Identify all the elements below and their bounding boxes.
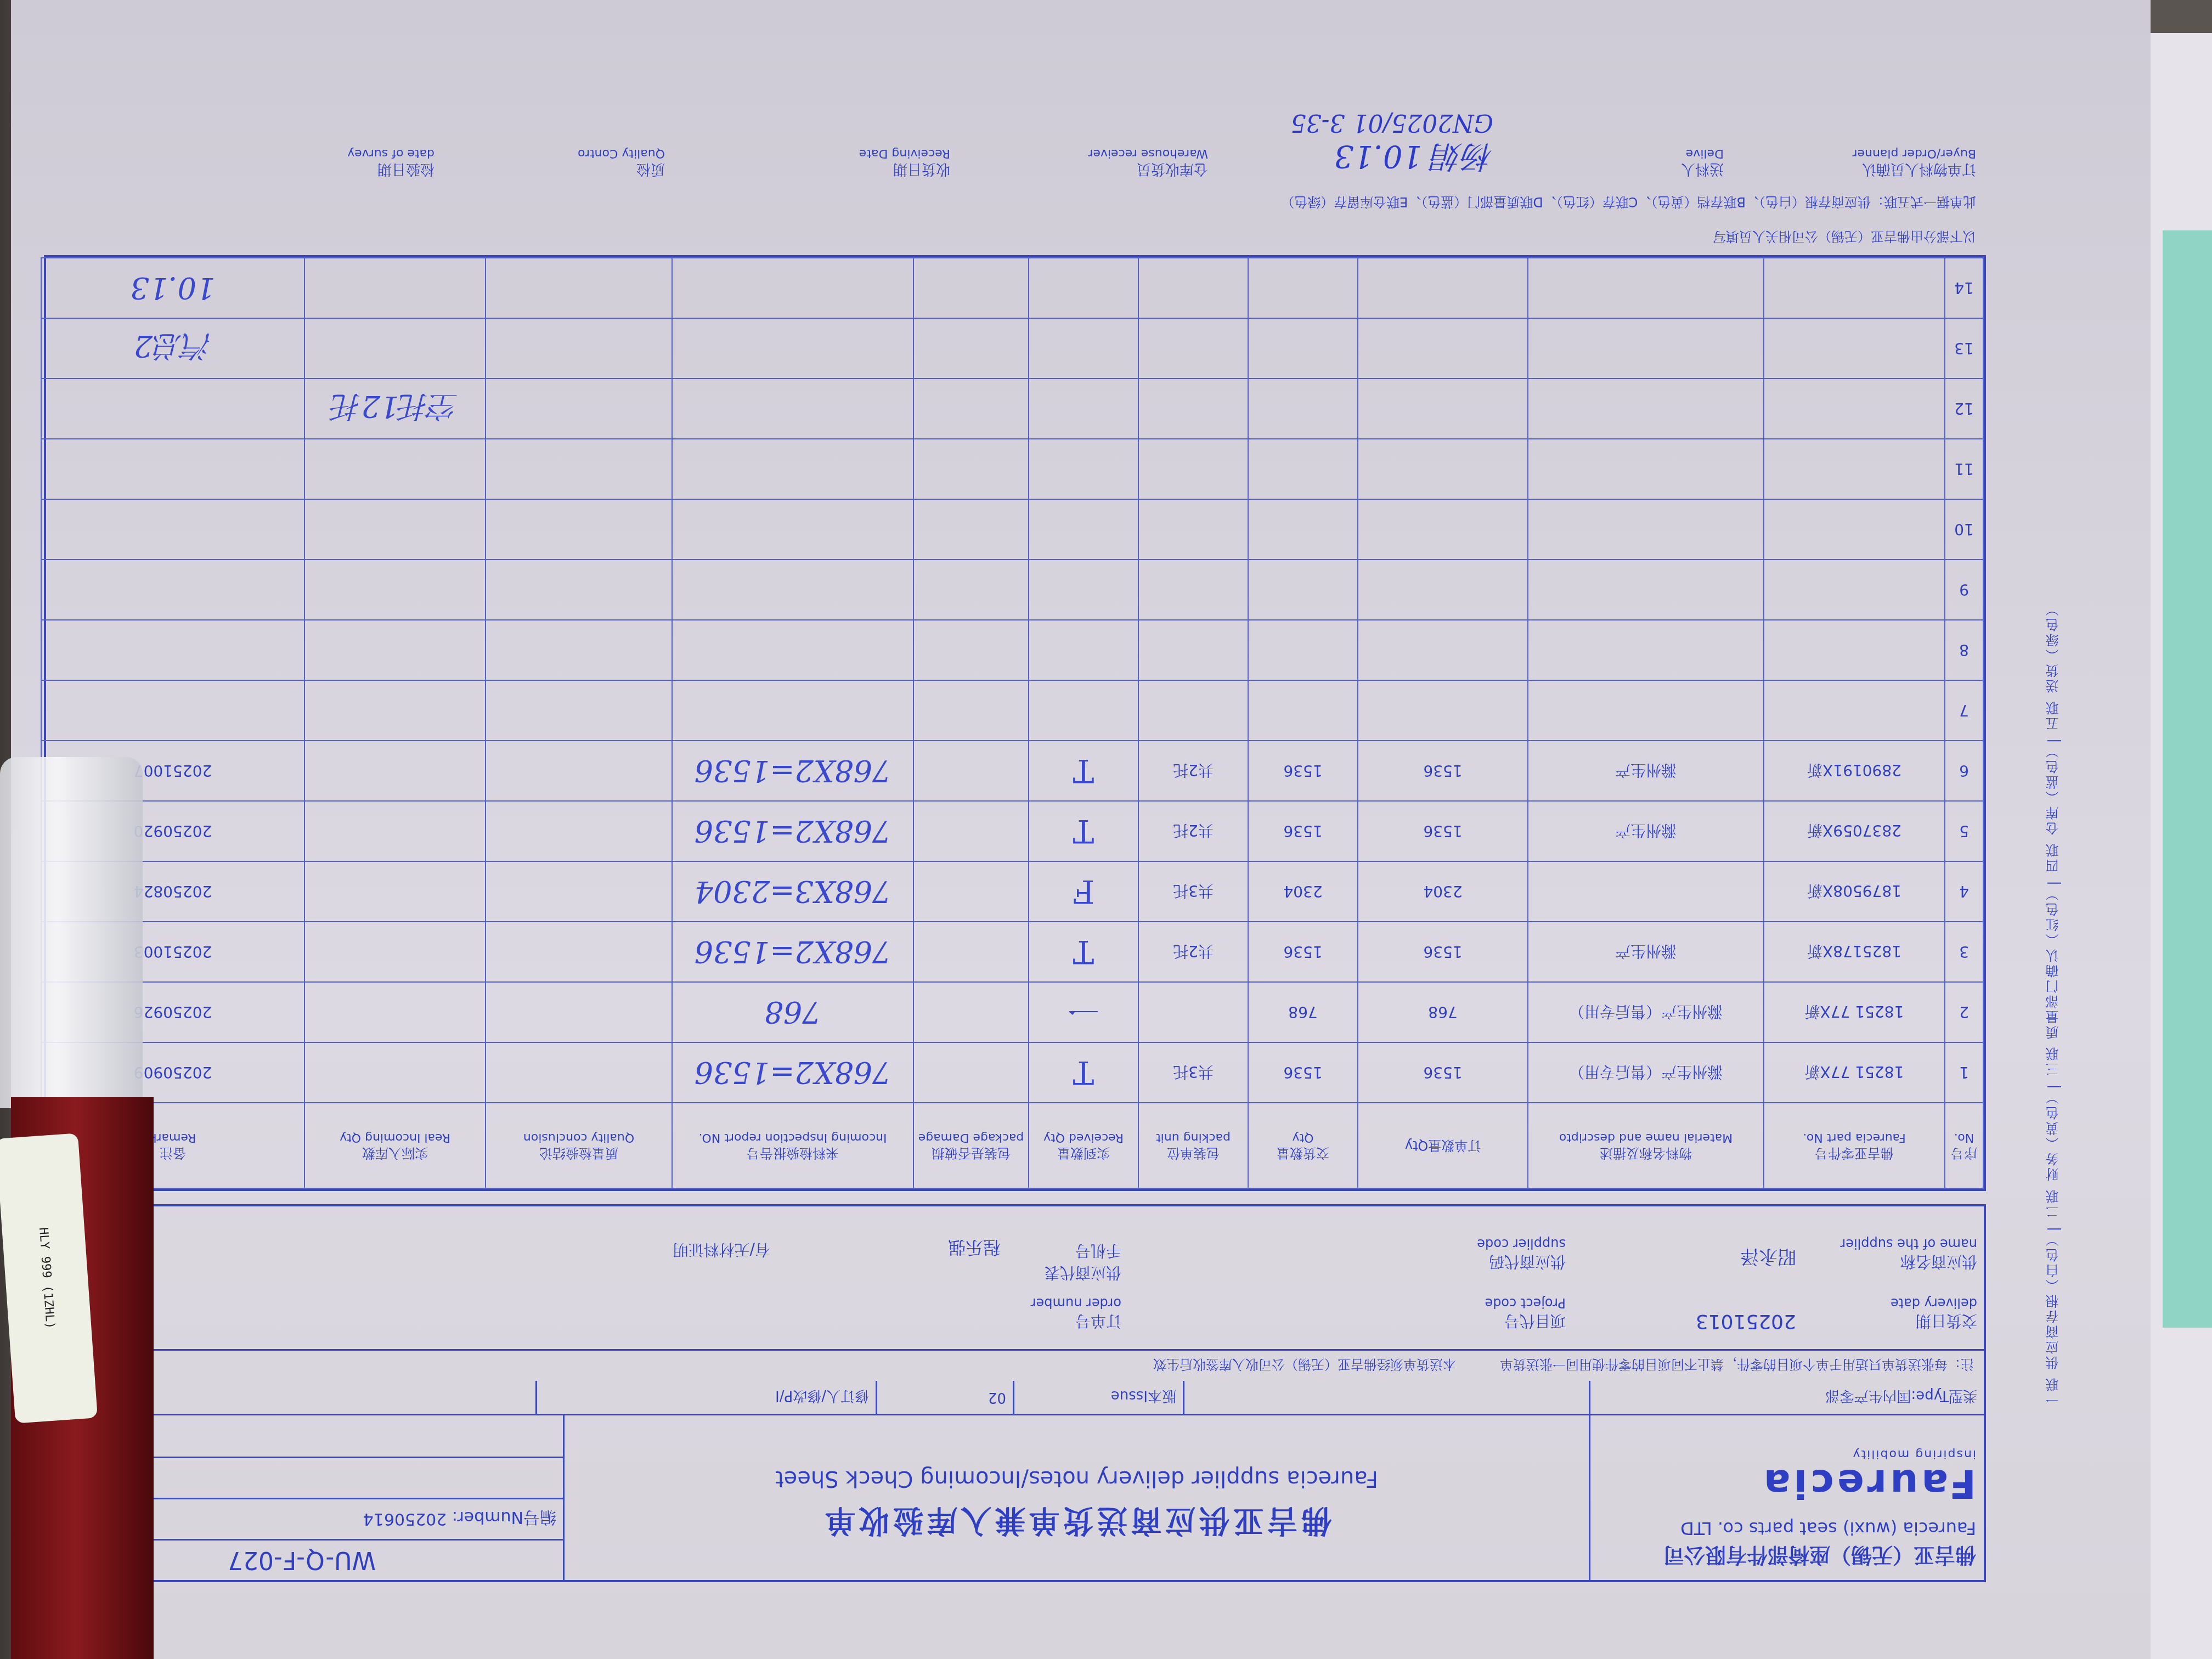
signature-row: 订单物料人员确认 Buyer/Order planner 送料人 Delive … (44, 103, 1986, 186)
package-damage-cell (913, 620, 1029, 680)
red-gel-pen: HLY 999 (1ZHL) (0, 757, 165, 1659)
received-qty-cell (1029, 680, 1138, 741)
col-header: 实到数量Received Qty (1029, 1103, 1138, 1188)
packing-unit-cell (1138, 982, 1248, 1042)
part-number-cell (1764, 560, 1945, 620)
quality-conclusion-cell (486, 680, 672, 741)
part-number-cell (1764, 439, 1945, 499)
quality-conclusion-cell (486, 379, 672, 439)
order-qty-cell (1358, 560, 1528, 620)
part-number-cell: 18251 77X新 (1764, 982, 1945, 1042)
deliverer-sign-field: 送料人 Delive (1493, 109, 1724, 180)
remark-cell (41, 379, 304, 439)
handwritten-signature: 杨娟 10.13 (1208, 137, 1493, 180)
part-number-cell: 1825178X新 (1764, 922, 1945, 982)
packing-unit-cell (1138, 439, 1248, 499)
remark-cell: 汽总2 (41, 318, 304, 379)
real-incoming-qty-cell (304, 1042, 486, 1103)
form-title-cn: 佛吉亚供应商送货单兼入库验收单 (572, 1501, 1581, 1545)
delivery-qty-cell (1248, 379, 1358, 439)
row-number-cell: 3 (1945, 922, 1983, 982)
package-damage-cell (913, 560, 1029, 620)
row-number-cell: 1 (1945, 1042, 1983, 1103)
form-header-frame: 佛吉亚（无锡）座椅部件有限公司 Faurecia (wuxi) seat par… (44, 1204, 1986, 1582)
packing-unit-cell: 共2托 (1138, 741, 1248, 801)
survey-date-field: 检验日期 date of survey (50, 109, 435, 180)
table-header-row: 序号No. 佛吉亚零件号Faurecia part No. 物料名称及描述Mat… (41, 1103, 1983, 1188)
table-row: 13汽总2 (41, 318, 1983, 379)
packing-unit-cell (1138, 680, 1248, 741)
packing-unit-cell: 共3托 (1138, 861, 1248, 922)
inspection-report-cell (672, 439, 913, 499)
copy-distribution-note: 一联 供应商存根（白色）| 二联 财务（黄色）| 三联 质量部门确认（红色）| … (2044, 601, 2063, 1407)
material-description-cell (1528, 560, 1764, 620)
material-description-cell (1528, 318, 1764, 379)
col-header: 包装单位packing unit (1138, 1103, 1248, 1188)
packing-unit-cell: 共2托 (1138, 801, 1248, 861)
packing-unit-cell (1138, 499, 1248, 560)
package-damage-cell (913, 680, 1029, 741)
quality-conclusion-cell (486, 801, 672, 861)
project-code-label: 项目代号 Project code 供应商代码 supplier code (1336, 1206, 1572, 1349)
part-number-cell (1764, 258, 1945, 318)
material-description-cell: 滁州生产 (1528, 741, 1764, 801)
quality-conclusion-cell (486, 861, 672, 922)
row-number-cell: 12 (1945, 379, 1983, 439)
quality-conclusion-cell (486, 922, 672, 982)
row-number-cell: 2 (1945, 982, 1983, 1042)
package-damage-cell (913, 318, 1029, 379)
table-row: 7 (41, 680, 1983, 741)
material-description-cell: 滁州生产 (1528, 922, 1764, 982)
row-number-cell: 14 (1945, 258, 1983, 318)
number-value: 20250614 (363, 1510, 447, 1529)
real-incoming-qty-cell: 空托12托 (304, 379, 486, 439)
quality-conclusion-cell (486, 982, 672, 1042)
blank-cell (1183, 1381, 1589, 1414)
inspection-report-cell: 768X2=1536 (672, 1042, 913, 1103)
inspection-report-cell: 768 (672, 982, 913, 1042)
inspection-report-cell (672, 680, 913, 741)
packing-unit-cell (1138, 379, 1248, 439)
order-qty-cell: 1536 (1358, 1042, 1528, 1103)
package-damage-cell (913, 922, 1029, 982)
inspection-report-cell: 768X3=2304 (672, 861, 913, 922)
order-qty-cell: 2304 (1358, 861, 1528, 922)
remark-cell (41, 620, 304, 680)
part-number-cell: 2837059X新 (1764, 801, 1945, 861)
delivery-qty-cell: 2304 (1248, 861, 1358, 922)
company-name-en: Faurecia (wuxi) seat parts co. LTD (1598, 1518, 1976, 1539)
order-qty-cell (1358, 318, 1528, 379)
inspection-report-cell (672, 258, 913, 318)
material-description-cell (1528, 258, 1764, 318)
table-row: 10 (41, 499, 1983, 560)
quality-conclusion-cell (486, 620, 672, 680)
table-body: 118251 77X新滁州生产（售后专用）15361536共3托T768X2=1… (41, 258, 1983, 1103)
inspection-report-cell (672, 499, 913, 560)
material-description-cell (1528, 439, 1764, 499)
delivery-qty-cell (1248, 499, 1358, 560)
part-number-cell: 18251 77X新 (1764, 1042, 1945, 1103)
delivery-date-value: 20251013 昭永泽 (1572, 1206, 1803, 1349)
material-description-cell: 滁州生产 (1528, 801, 1764, 861)
quality-sign-field: 质检 Quality Contro (435, 109, 665, 180)
packing-unit-cell: 共2托 (1138, 922, 1248, 982)
col-header: 来料检验报告号Incoming Inspection report NO. (672, 1103, 913, 1188)
inspection-report-cell (672, 560, 913, 620)
material-description-cell (1528, 861, 1764, 922)
row-number-cell: 8 (1945, 620, 1983, 680)
table-row: 118251 77X新滁州生产（售后专用）15361536共3托T768X2=1… (41, 1042, 1983, 1103)
parts-table: 序号No. 佛吉亚零件号Faurecia part No. 物料名称及描述Mat… (41, 257, 1984, 1189)
delivery-qty-cell: 1536 (1248, 1042, 1358, 1103)
row-number-cell: 7 (1945, 680, 1983, 741)
received-qty-cell: T (1029, 922, 1138, 982)
issue-label: 版本Issue (1013, 1381, 1183, 1414)
issue-value: 02 (876, 1381, 1013, 1414)
material-description-cell (1528, 379, 1764, 439)
part-number-cell (1764, 680, 1945, 741)
part-number-cell (1764, 379, 1945, 439)
col-header: 订单数量Qty (1358, 1103, 1528, 1188)
order-qty-cell (1358, 620, 1528, 680)
received-qty-cell: T (1029, 741, 1138, 801)
col-header: 质量检验结论Quality conclusion (486, 1103, 672, 1188)
received-qty-cell: F (1029, 861, 1138, 922)
real-incoming-qty-cell (304, 620, 486, 680)
receiving-date-field: 收货日期 Receiving Date (665, 109, 950, 180)
faurecia-logo: Faurecia (1598, 1461, 1976, 1507)
remark-cell (41, 680, 304, 741)
delivery-qty-cell: 768 (1248, 982, 1358, 1042)
supplier-contact-value: 程乐强 (777, 1206, 1007, 1349)
company-name-cn: 佛吉亚（无锡）座椅部件有限公司 (1598, 1542, 1976, 1572)
real-incoming-qty-cell (304, 560, 486, 620)
material-description-cell: 滁州生产（售后专用） (1528, 1042, 1764, 1103)
delivery-info-block: 交货日期 delivery date 供应商名称 name of the sup… (46, 1206, 1984, 1351)
inspection-report-cell: 768X2=1536 (672, 801, 913, 861)
order-qty-cell: 1536 (1358, 922, 1528, 982)
delivery-qty-cell: 1536 (1248, 922, 1358, 982)
logo-tagline: inspiring mobility (1598, 1447, 1976, 1461)
inspection-report-cell (672, 379, 913, 439)
package-damage-cell (913, 1042, 1029, 1103)
revision-label: 修订人/修改P/I (535, 1381, 876, 1414)
delivery-date-label: 交货日期 delivery date 供应商名称 name of the sup… (1803, 1206, 1984, 1349)
col-header: 物料名称及描述Material name and descripto (1528, 1103, 1764, 1188)
received-qty-cell (1029, 258, 1138, 318)
type-issue-row: 类型Type:国内生产零部 版本Issue 02 修订人/修改P/I (46, 1381, 1984, 1415)
company-block: 佛吉亚（无锡）座椅部件有限公司 Faurecia (wuxi) seat par… (1589, 1415, 1984, 1580)
pen-cap (0, 757, 143, 1108)
real-incoming-qty-cell (304, 982, 486, 1042)
packing-unit-cell (1138, 258, 1248, 318)
packing-unit-cell (1138, 620, 1248, 680)
handwritten-plate: GN2025/01 3-35 (1208, 109, 1493, 137)
order-qty-cell (1358, 258, 1528, 318)
real-incoming-qty-cell (304, 258, 486, 318)
package-damage-cell (913, 439, 1029, 499)
table-row: 11 (41, 439, 1983, 499)
part-number-cell (1764, 499, 1945, 560)
order-qty-cell (1358, 439, 1528, 499)
copies-note: 此单据一式五联：供应商存根（白色）、B联存档（黄色）、C联存（红色）、D联质量部… (44, 186, 1986, 221)
quality-conclusion-cell (486, 318, 672, 379)
table-row: 8 (41, 620, 1983, 680)
order-qty-cell (1358, 379, 1528, 439)
material-description-cell (1528, 680, 1764, 741)
table-row: 218251 77X新滁州生产（售后专用）768768一76820250926 (41, 982, 1983, 1042)
order-qty-cell: 768 (1358, 982, 1528, 1042)
row-number-cell: 11 (1945, 439, 1983, 499)
delivery-qty-cell (1248, 680, 1358, 741)
received-qty-cell: T (1029, 1042, 1138, 1103)
delivery-qty-cell (1248, 439, 1358, 499)
delivery-qty-cell (1248, 620, 1358, 680)
number-label: 编号Number: (452, 1507, 556, 1531)
packing-unit-cell: 共3托 (1138, 1042, 1248, 1103)
table-row: 12空托12托 (41, 379, 1983, 439)
package-damage-cell (913, 499, 1029, 560)
table-row: 1410.13 (41, 258, 1983, 318)
warehouse-sign-field: 仓库收货员 Warehouse receiver (950, 109, 1208, 180)
quality-conclusion-cell (486, 258, 672, 318)
part-number-cell (1764, 620, 1945, 680)
real-incoming-qty-cell (304, 499, 486, 560)
package-damage-cell (913, 801, 1029, 861)
delivery-qty-cell (1248, 560, 1358, 620)
row-number-cell: 5 (1945, 801, 1983, 861)
material-description-cell (1528, 620, 1764, 680)
part-number-cell: 1879508X新 (1764, 861, 1945, 922)
row-number-cell: 9 (1945, 560, 1983, 620)
quality-conclusion-cell (486, 1042, 672, 1103)
quality-conclusion-cell (486, 741, 672, 801)
inspection-report-cell: 768X2=1536 (672, 741, 913, 801)
received-qty-cell: T (1029, 801, 1138, 861)
notes-line: 注：每张送货单只适用于单个项目的零件，禁止不同项目的零件使用同一张送货单 本送货… (46, 1351, 1984, 1381)
inspection-report-cell (672, 620, 913, 680)
material-description-cell: 滁州生产（售后专用） (1528, 982, 1764, 1042)
quality-conclusion-cell (486, 560, 672, 620)
parts-table-frame: 序号No. 佛吉亚零件号Faurecia part No. 物料名称及描述Mat… (44, 255, 1986, 1191)
teal-sheet-edge (2163, 230, 2212, 1328)
order-qty-cell: 1536 (1358, 741, 1528, 801)
received-qty-cell (1029, 318, 1138, 379)
row-number-cell: 13 (1945, 318, 1983, 379)
package-damage-cell (913, 861, 1029, 922)
real-incoming-qty-cell (304, 801, 486, 861)
table-row: 41879508X新23042304共3托F768X3=230420250824 (41, 861, 1983, 922)
supplier-name-value: 昭永泽 (1579, 1245, 1796, 1272)
received-qty-cell: 一 (1029, 982, 1138, 1042)
received-qty-cell (1029, 379, 1138, 439)
real-incoming-qty-cell (304, 922, 486, 982)
received-qty-cell (1029, 560, 1138, 620)
delivery-qty-cell (1248, 258, 1358, 318)
order-number-label: 订单号 order number 供应商代表 手机号 (1007, 1206, 1128, 1349)
real-incoming-qty-cell (304, 741, 486, 801)
col-header: 序号No. (1945, 1103, 1983, 1188)
received-qty-cell (1029, 499, 1138, 560)
delivery-qty-cell: 1536 (1248, 801, 1358, 861)
material-description-cell (1528, 499, 1764, 560)
row-number-cell: 6 (1945, 741, 1983, 801)
real-incoming-qty-cell (304, 439, 486, 499)
note-2: 本送货单须经佛吉亚（无锡）公司收入库签收后生效 (1153, 1356, 1456, 1375)
row-number-cell: 10 (1945, 499, 1983, 560)
order-qty-cell: 1536 (1358, 801, 1528, 861)
package-damage-cell (913, 741, 1029, 801)
remark-cell (41, 499, 304, 560)
delivery-check-sheet: 佛吉亚（无锡）座椅部件有限公司 Faurecia (wuxi) seat par… (44, 103, 1986, 1582)
part-number-cell (1764, 318, 1945, 379)
quality-conclusion-cell (486, 439, 672, 499)
col-header: 包装是否破损package Damage (913, 1103, 1029, 1188)
remark-cell (41, 439, 304, 499)
delivery-qty-cell: 1536 (1248, 741, 1358, 801)
package-damage-cell (913, 258, 1029, 318)
package-damage-cell (913, 379, 1029, 439)
real-incoming-qty-cell (304, 861, 486, 922)
inspection-report-cell (672, 318, 913, 379)
delivery-note-paper: 一联 供应商存根（白色）| 二联 财务（黄色）| 三联 质量部门确认（红色）| … (11, 0, 2151, 1659)
col-header: 实际入库数Real Incoming Qty (304, 1103, 486, 1188)
package-damage-cell (913, 982, 1029, 1042)
type-label: 类型Type:国内生产零部 (1589, 1381, 1984, 1414)
order-qty-cell (1358, 680, 1528, 741)
table-row: 52837059X新滁州生产15361536共2托T768X2=15362025… (41, 801, 1983, 861)
form-title-en: Faurecia supplier delivery notes/Incomin… (572, 1466, 1581, 1491)
buyer-sign-field: 订单物料人员确认 Buyer/Order planner (1724, 109, 1976, 180)
table-row: 31825178X新滁州生产15361536共2托T768X2=15362025… (41, 922, 1983, 982)
packing-unit-cell (1138, 318, 1248, 379)
packing-unit-cell (1138, 560, 1248, 620)
col-header: 佛吉亚零件号Faurecia part No. (1764, 1103, 1945, 1188)
footer-fill-note: 以下部分由佛吉亚（无锡）公司相关人员填写 (44, 221, 1986, 255)
delivery-qty-cell (1248, 318, 1358, 379)
col-header: 交货数量Qty (1248, 1103, 1358, 1188)
real-incoming-qty-cell (304, 680, 486, 741)
received-qty-cell (1029, 620, 1138, 680)
table-row: 62890191X新滁州生产15361536共2托T768X2=15362025… (41, 741, 1983, 801)
received-qty-cell (1029, 439, 1138, 499)
real-incoming-qty-cell (304, 318, 486, 379)
part-number-cell: 2890191X新 (1764, 741, 1945, 801)
deliverer-signature: 杨娟 10.13 GN2025/01 3-35 (1208, 109, 1493, 180)
title-block: 佛吉亚供应商送货单兼入库验收单 Faurecia supplier delive… (563, 1415, 1589, 1580)
project-code-value (1128, 1206, 1336, 1349)
remark-cell (41, 560, 304, 620)
inspection-report-cell: 768X2=1536 (672, 922, 913, 982)
order-qty-cell (1358, 499, 1528, 560)
material-cert-label: 有/无材料证明 (64, 1206, 777, 1349)
table-row: 9 (41, 560, 1983, 620)
row-number-cell: 4 (1945, 861, 1983, 922)
quality-conclusion-cell (486, 499, 672, 560)
note-1: 注：每张送货单只适用于单个项目的零件，禁止不同项目的零件使用同一张送货单 (1500, 1356, 1974, 1375)
remark-cell: 10.13 (41, 258, 304, 318)
